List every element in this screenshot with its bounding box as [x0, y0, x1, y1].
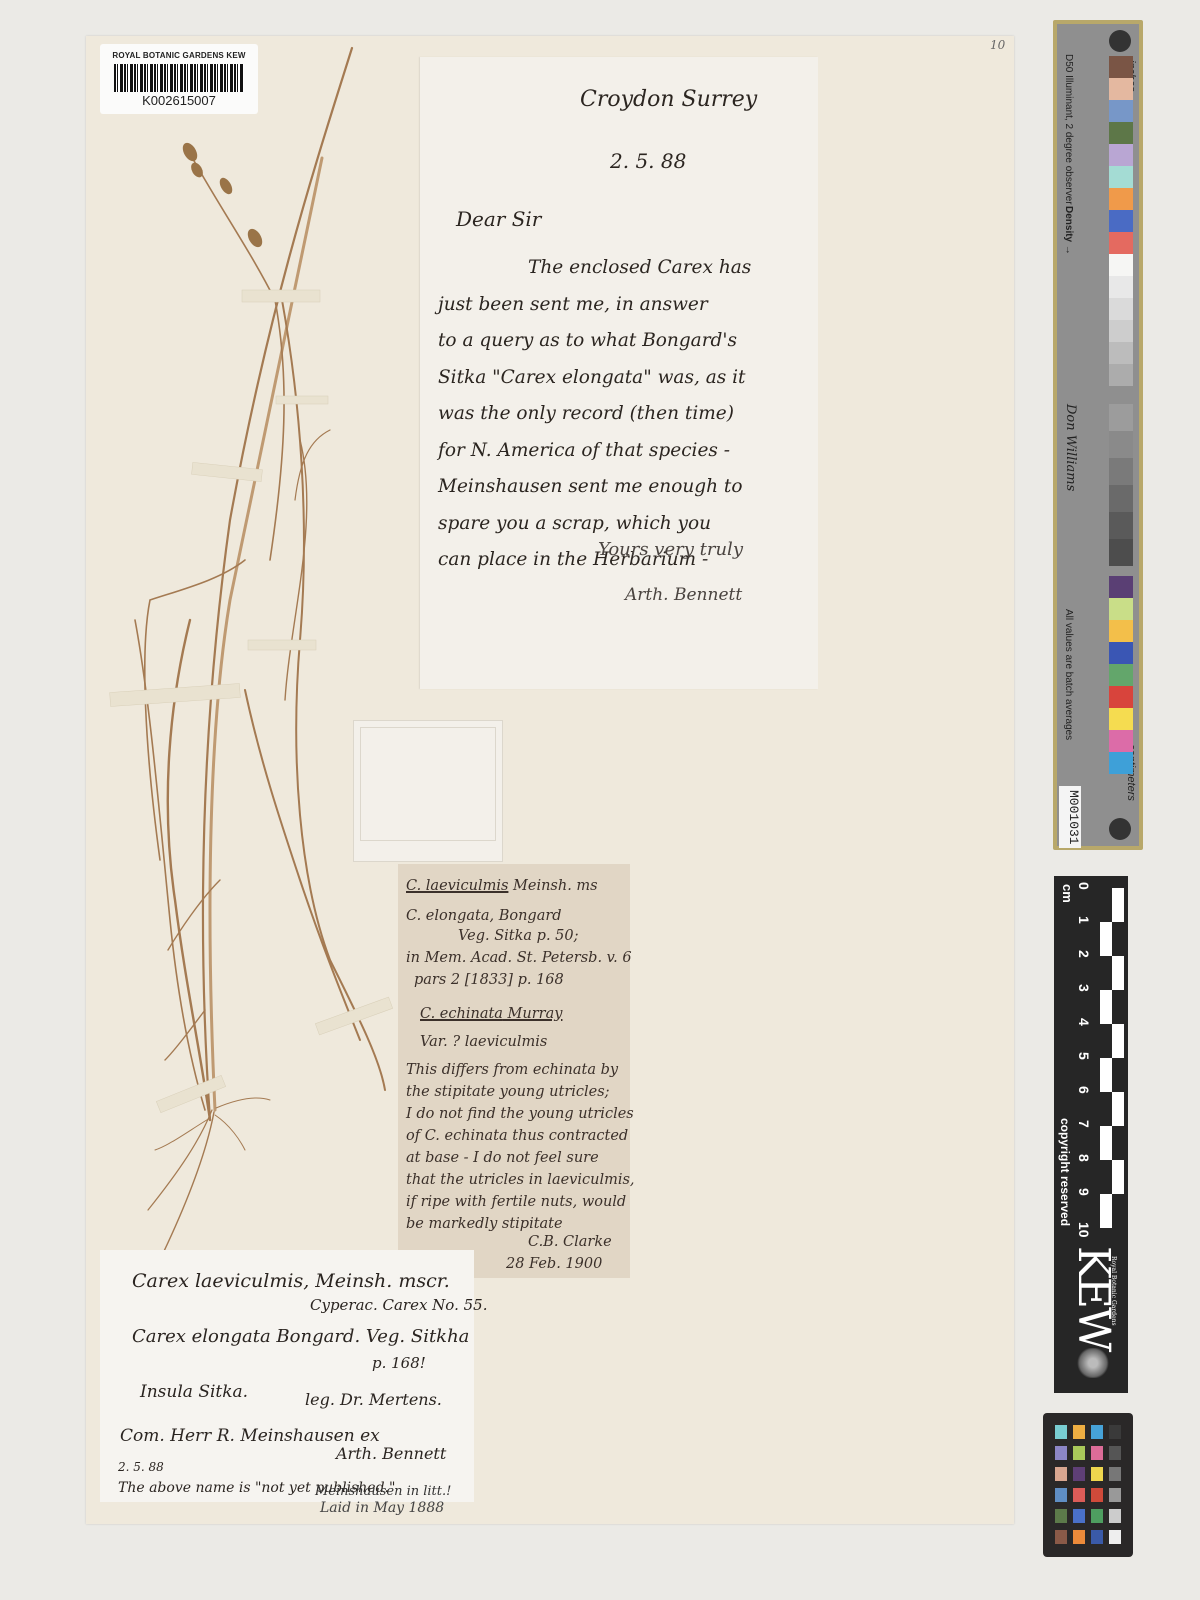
checker-patch	[1073, 1425, 1085, 1439]
color-swatch	[1109, 188, 1133, 210]
checker-patch	[1091, 1509, 1103, 1523]
label-line: Meinshausen in litt.!	[315, 1484, 451, 1499]
scale-ticks	[1100, 888, 1124, 1228]
label-line: Carex laeviculmis, Meinsh. mscr.	[132, 1270, 450, 1292]
values-note: All values are batch averages	[1063, 609, 1074, 740]
color-swatch	[1109, 708, 1133, 730]
letter-salutation: Dear Sir	[456, 207, 541, 231]
checker-gray-patch	[1109, 1488, 1121, 1502]
cm-tick-label: 5	[1076, 1052, 1092, 1060]
checker-patch	[1091, 1425, 1103, 1439]
barcode-number: K002615007	[100, 93, 258, 108]
color-swatch	[1109, 620, 1133, 642]
cm-tick-label: 3	[1076, 984, 1092, 992]
color-swatch	[1109, 539, 1133, 566]
checker-patch	[1091, 1488, 1103, 1502]
letter-date: 2. 5. 88	[610, 149, 686, 173]
color-swatch	[1109, 431, 1133, 458]
color-swatch	[1109, 642, 1133, 664]
letter-line: Sitka "Carex elongata" was, as it	[438, 360, 808, 397]
letter-line: Meinshausen sent me enough to	[438, 469, 808, 506]
cm-tick-label: 9	[1076, 1188, 1092, 1196]
fragment-packet[interactable]	[353, 720, 503, 862]
kew-logo-subtitle: Royal Botanic Gardens	[1110, 1256, 1117, 1326]
label-line: Com. Herr R. Meinshausen ex	[120, 1426, 380, 1446]
checker-patch	[1073, 1530, 1085, 1544]
registration-dot	[1109, 30, 1131, 52]
letter-line: just been sent me, in answer	[438, 287, 808, 324]
color-swatch	[1109, 232, 1133, 254]
cm-tick-label: 10	[1076, 1222, 1092, 1238]
illuminant-note: D50 Illuminant, 2 degree observer	[1063, 54, 1074, 205]
determination-date: 28 Feb. 1900	[506, 1256, 602, 1272]
checker-patch	[1091, 1446, 1103, 1460]
barcode-label: ROYAL BOTANIC GARDENS KEW K002615007	[100, 44, 258, 114]
letter-address: Croydon Surrey	[580, 87, 757, 112]
checker-patch	[1091, 1530, 1103, 1544]
letter-line: to a query as to what Bongard's	[438, 323, 808, 360]
letter-closing: Yours very truly	[598, 539, 743, 560]
barcode	[114, 64, 244, 92]
color-swatch	[1109, 122, 1133, 144]
brand-name: Don Williams	[1063, 404, 1078, 491]
color-density-bar: inches D50 Illuminant, 2 degree observer…	[1053, 20, 1143, 850]
checker-patch	[1073, 1509, 1085, 1523]
cm-tick-label: 7	[1076, 1120, 1092, 1128]
color-swatch	[1109, 210, 1133, 232]
label-line: p. 168!	[372, 1354, 426, 1372]
checker-patch	[1055, 1467, 1067, 1481]
det-line: the stipitate young utricles;	[406, 1084, 610, 1100]
det-line: Veg. Sitka p. 50;	[458, 928, 579, 944]
color-swatch	[1109, 664, 1133, 686]
color-swatch	[1109, 298, 1133, 320]
cm-tick-label: 6	[1076, 1086, 1092, 1094]
color-swatch	[1109, 730, 1133, 752]
det-line: in Mem. Acad. St. Petersb. v. 6	[406, 950, 632, 966]
det-line: pars 2 [1833] p. 168	[414, 972, 564, 988]
color-swatch	[1109, 144, 1133, 166]
det-line: at base - I do not feel sure	[406, 1150, 599, 1166]
det-line: of C. echinata thus contracted	[406, 1128, 628, 1144]
color-swatch	[1109, 598, 1133, 620]
letter-body: The enclosed Carex has just been sent me…	[438, 250, 808, 579]
label-line: Cyperac. Carex No. 55.	[310, 1296, 487, 1314]
color-swatch	[1109, 458, 1133, 485]
color-swatch	[1109, 254, 1133, 276]
kew-crest-icon	[1076, 1348, 1110, 1378]
color-swatch	[1109, 576, 1133, 598]
checker-patch	[1055, 1425, 1067, 1439]
color-swatch	[1109, 100, 1133, 122]
color-swatch	[1109, 342, 1133, 364]
cm-tick-label: 2	[1076, 950, 1092, 958]
letter-line: The enclosed Carex has	[438, 250, 808, 287]
color-checker	[1043, 1413, 1133, 1557]
determiner-name: C.B. Clarke	[528, 1234, 612, 1250]
checker-patch	[1073, 1488, 1085, 1502]
checker-gray-patch	[1109, 1425, 1121, 1439]
color-swatch	[1109, 56, 1133, 78]
color-swatch	[1109, 686, 1133, 708]
checker-patch	[1073, 1446, 1085, 1460]
bar-id: M001031	[1059, 786, 1081, 848]
det-line: C. elongata, Bongard	[406, 908, 562, 924]
copyright-text: copyright reserved	[1058, 1118, 1072, 1226]
original-label: Carex laeviculmis, Meinsh. mscr. Cyperac…	[100, 1250, 474, 1502]
det-line: be markedly stipitate	[406, 1216, 563, 1232]
checker-gray-patch	[1109, 1530, 1121, 1544]
label-line: Arth. Bennett	[336, 1444, 446, 1463]
cm-tick-label: 4	[1076, 1018, 1092, 1026]
det-line: C. laeviculmis Meinsh. ms	[406, 878, 598, 894]
letter-line: for N. America of that species -	[438, 433, 808, 470]
cm-tick-label: 8	[1076, 1154, 1092, 1162]
bennett-letter: Croydon Surrey 2. 5. 88 Dear Sir The enc…	[420, 57, 818, 689]
checker-gray-patch	[1109, 1446, 1121, 1460]
registration-dot	[1109, 818, 1131, 840]
checker-patch	[1055, 1446, 1067, 1460]
label-line: Insula Sitka.	[140, 1382, 248, 1402]
checker-patch	[1073, 1467, 1085, 1481]
color-swatch	[1109, 364, 1133, 386]
color-swatch	[1109, 320, 1133, 342]
label-line: 2. 5. 88	[118, 1460, 164, 1474]
checker-gray-patch	[1109, 1509, 1121, 1523]
checker-patch	[1055, 1509, 1067, 1523]
cm-unit-label: cm	[1060, 884, 1075, 903]
letter-line: was the only record (then time)	[438, 396, 808, 433]
cm-tick-label: 1	[1076, 916, 1092, 924]
det-line: that the utricles in laeviculmis,	[406, 1172, 635, 1188]
letter-signature: Arth. Bennett	[625, 585, 742, 605]
det-line: This differs from echinata by	[406, 1062, 618, 1078]
color-swatch	[1109, 404, 1133, 431]
cm-scale-bar: cm 012345678910 copyright reserved KEW R…	[1054, 876, 1128, 1393]
color-swatch	[1109, 78, 1133, 100]
checker-patch	[1091, 1467, 1103, 1481]
color-swatch	[1109, 276, 1133, 298]
checker-patch	[1055, 1488, 1067, 1502]
checker-gray-patch	[1109, 1467, 1121, 1481]
density-label: Density →	[1063, 206, 1074, 255]
det-line: I do not find the young utricles	[406, 1106, 634, 1122]
color-swatch	[1109, 166, 1133, 188]
det-line: C. echinata Murray	[420, 1006, 562, 1022]
label-line: leg. Dr. Mertens.	[305, 1390, 442, 1409]
checker-patch	[1055, 1530, 1067, 1544]
institution-name: ROYAL BOTANIC GARDENS KEW	[100, 51, 258, 60]
color-swatch	[1109, 512, 1133, 539]
det-line: if ripe with fertile nuts, would	[406, 1194, 626, 1210]
color-swatch	[1109, 752, 1133, 774]
det-line: Var. ? laeviculmis	[420, 1034, 547, 1050]
determination-slip: C. laeviculmis Meinsh. ms C. elongata, B…	[398, 864, 630, 1278]
color-swatch	[1109, 485, 1133, 512]
letter-line: spare you a scrap, which you	[438, 506, 808, 543]
packet-flap	[360, 727, 496, 841]
label-line: Carex elongata Bongard. Veg. Sitkha	[132, 1326, 469, 1347]
cm-tick-label: 0	[1076, 882, 1092, 890]
laid-in-note: Laid in May 1888	[320, 1500, 444, 1516]
